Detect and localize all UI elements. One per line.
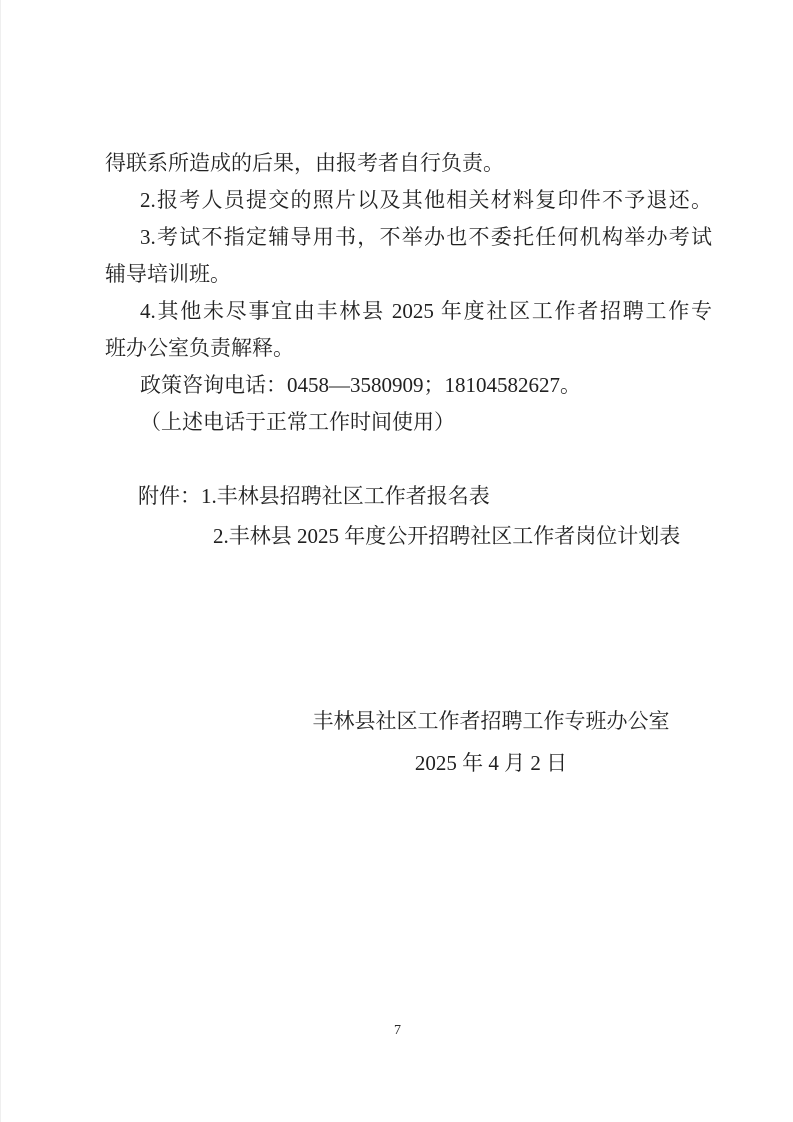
body-line: 3.考试不指定辅导用书，不举办也不委托任何机构举办考试 [140,224,712,250]
body-line: 2.报考人员提交的照片以及其他相关材料复印件不予退还。 [140,187,712,213]
phone-line: 政策咨询电话：0458—3580909；18104582627。 [140,372,581,398]
signature-line: 丰林县社区工作者招聘工作专班办公室 [241,708,741,734]
attachment-heading-line: 附件：1.丰林县招聘社区工作者报名表 [138,483,490,509]
attachment-item-line: 2.丰林县 2025 年度公开招聘社区工作者岗位计划表 [213,523,680,549]
date-line: 2025 年 4 月 2 日 [241,750,741,776]
phone-note-line: （上述电话于正常工作时间使用） [140,409,455,435]
document-page: 得联系所造成的后果，由报考者自行负责。 2.报考人员提交的照片以及其他相关材料复… [0,0,793,1122]
body-line: 班办公室负责解释。 [105,335,294,361]
body-line: 4.其他未尽事宜由丰林县 2025 年度社区工作者招聘工作专 [140,298,712,324]
body-line: 得联系所造成的后果，由报考者自行负责。 [105,150,504,176]
page-number: 7 [1,1022,793,1040]
body-line: 辅导培训班。 [105,261,231,287]
